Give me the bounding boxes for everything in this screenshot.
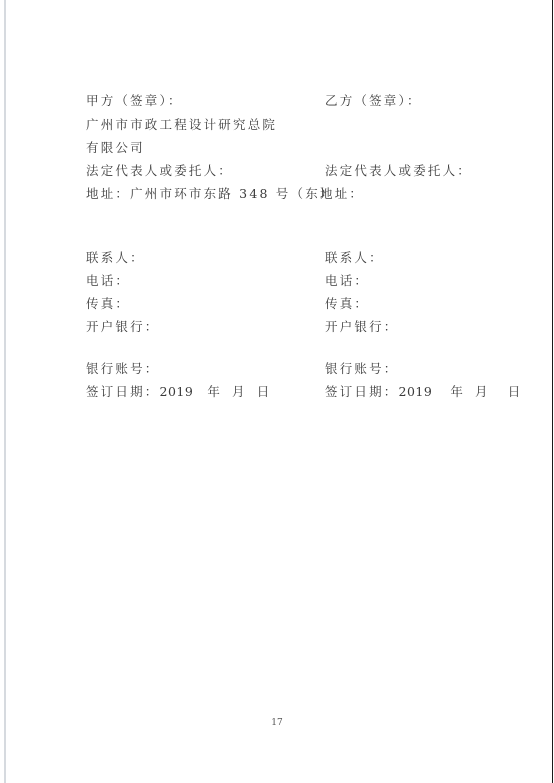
party-b-title: 乙方（签章）：	[325, 93, 422, 109]
party-a-sign-date-label: 签订日期：	[86, 384, 160, 399]
page-number: 17	[0, 718, 554, 728]
party-b-address: 地址：	[320, 186, 364, 202]
party-b-sign-date: 签订日期：2019年月日	[325, 384, 522, 400]
party-a-representative: 法定代表人或委托人：	[86, 163, 233, 179]
party-b-phone: 电话：	[325, 273, 369, 289]
party-a-bank: 开户银行：	[86, 319, 160, 335]
party-a-fax: 传真：	[86, 296, 130, 312]
party-a-sign-year: 2019	[160, 384, 194, 399]
party-a-address: 地址：广州市环市东路 348 号（东）	[86, 186, 335, 202]
page-right-border	[552, 0, 553, 783]
party-a-name-line1: 广州市市政工程设计研究总院	[86, 117, 277, 133]
party-a-title: 甲方（签章）：	[86, 93, 183, 109]
party-b-representative: 法定代表人或委托人：	[325, 163, 472, 179]
party-a-day-unit: 日	[257, 384, 272, 399]
party-b-contact: 联系人：	[325, 250, 384, 266]
party-b-year-unit: 年	[450, 384, 465, 399]
party-a-year-unit: 年	[207, 384, 222, 399]
party-a-phone: 电话：	[86, 273, 130, 289]
page-left-border	[4, 0, 6, 783]
party-b-sign-year: 2019	[399, 384, 433, 399]
party-a-month-unit: 月	[232, 384, 247, 399]
party-b-sign-date-label: 签订日期：	[325, 384, 399, 399]
party-b-day-unit: 日	[508, 384, 523, 399]
party-a-contact: 联系人：	[86, 250, 145, 266]
party-b-bank: 开户银行：	[325, 319, 399, 335]
party-a-name-line2: 有限公司	[86, 140, 145, 156]
party-b-fax: 传真：	[325, 296, 369, 312]
party-a-account: 银行账号：	[86, 361, 160, 377]
party-b-month-unit: 月	[475, 384, 490, 399]
party-a-sign-date: 签订日期：2019年月日	[86, 384, 271, 400]
party-b-account: 银行账号：	[325, 361, 399, 377]
